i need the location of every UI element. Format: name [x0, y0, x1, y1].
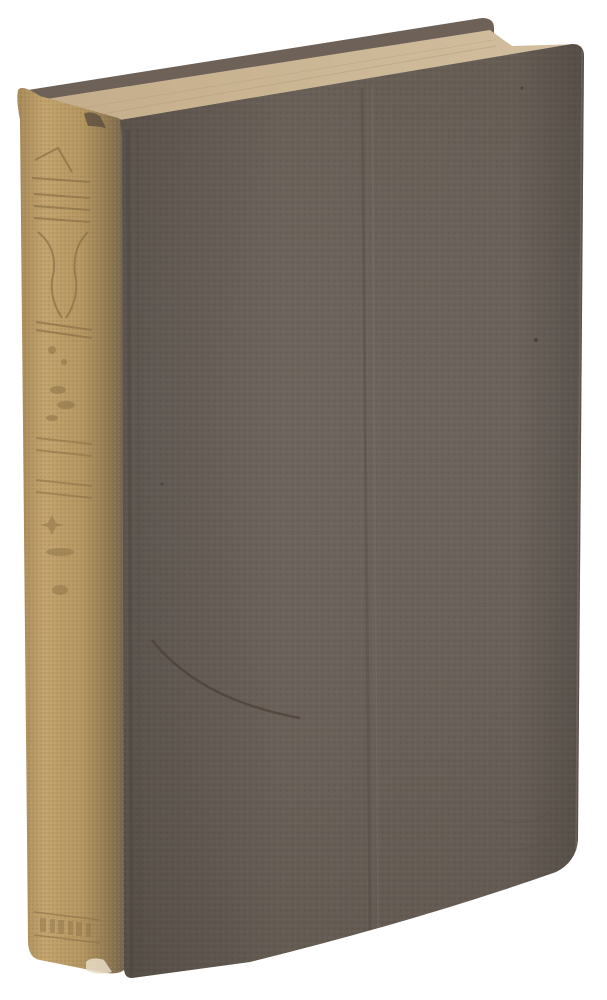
book-illustration — [0, 0, 607, 1000]
book-photo-scene — [0, 0, 607, 1000]
